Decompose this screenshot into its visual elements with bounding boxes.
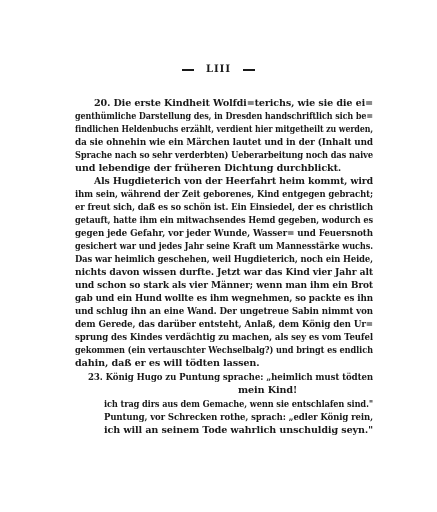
text-line: gab und ein Hund wollte es ihm wegnehmen… [75, 292, 373, 305]
book-page: LIII 20. Die erste Kindheit Wolfdi=teric… [0, 0, 437, 512]
text-line: getauft, hatte ihm ein mitwachsendes Hem… [75, 214, 373, 227]
text-line: er freut sich, daß es so schön ist. Ein … [75, 201, 373, 214]
page-number: LIII [206, 64, 231, 75]
text-line: dem Gerede, das darüber entsteht, Anlaß,… [75, 318, 373, 331]
text-line: Das war heimlich geschehen, weil Hugdiet… [75, 253, 373, 266]
verse-line: 23. König Hugo zu Puntung sprache: „heim… [88, 371, 373, 384]
header-dash-right [243, 69, 255, 71]
text-line: gesichert war und jedes Jahr seine Kraft… [75, 240, 373, 253]
page-header: LIII [0, 64, 437, 75]
text-line: Sprache nach so sehr verderbten) Ueberar… [75, 149, 373, 162]
text-line: sprung des Kindes verdächtig zu machen, … [75, 331, 373, 344]
verse-line: mein Kind! [238, 384, 297, 397]
text-line: genthümliche Darstellung des, in Dresden… [75, 110, 373, 123]
header-dash-left [182, 69, 194, 71]
text-line: gekommen (ein vertauschter Wechselbalg?)… [75, 344, 373, 357]
scan-speck [333, 428, 335, 430]
text-line: und schon so stark als vier Männer; wenn… [75, 279, 373, 292]
text-line: gegen jede Gefahr, vor jeder Wunde, Wass… [75, 227, 373, 240]
verse-line: ich will an seinem Tode wahrlich unschul… [104, 424, 373, 437]
text-line: 20. Die erste Kindheit Wolfdi=terichs, w… [94, 97, 373, 110]
text-line: und schlug ihn an eine Wand. Der ungetre… [75, 305, 373, 318]
verse-line: ich trag dirs aus dem Gemache, wenn sie … [104, 398, 373, 411]
text-line: nichts davon wissen durfte. Jetzt war da… [75, 266, 373, 279]
text-line: ihm sein, während der Zeit geborenes, Ki… [75, 188, 373, 201]
text-line: und lebendige der früheren Dichtung durc… [75, 162, 341, 175]
text-line: dahin, daß er es will tödten lassen. [75, 357, 260, 370]
text-line: Als Hugdieterich von der Heerfahrt heim … [94, 175, 373, 188]
verse-line: Puntung, vor Schrecken rothe, sprach: „e… [104, 411, 373, 424]
text-line: findlichen Heldenbuchs erzählt, verdient… [75, 123, 373, 136]
text-line: da sie ohnehin wie ein Märchen lautet un… [75, 136, 373, 149]
